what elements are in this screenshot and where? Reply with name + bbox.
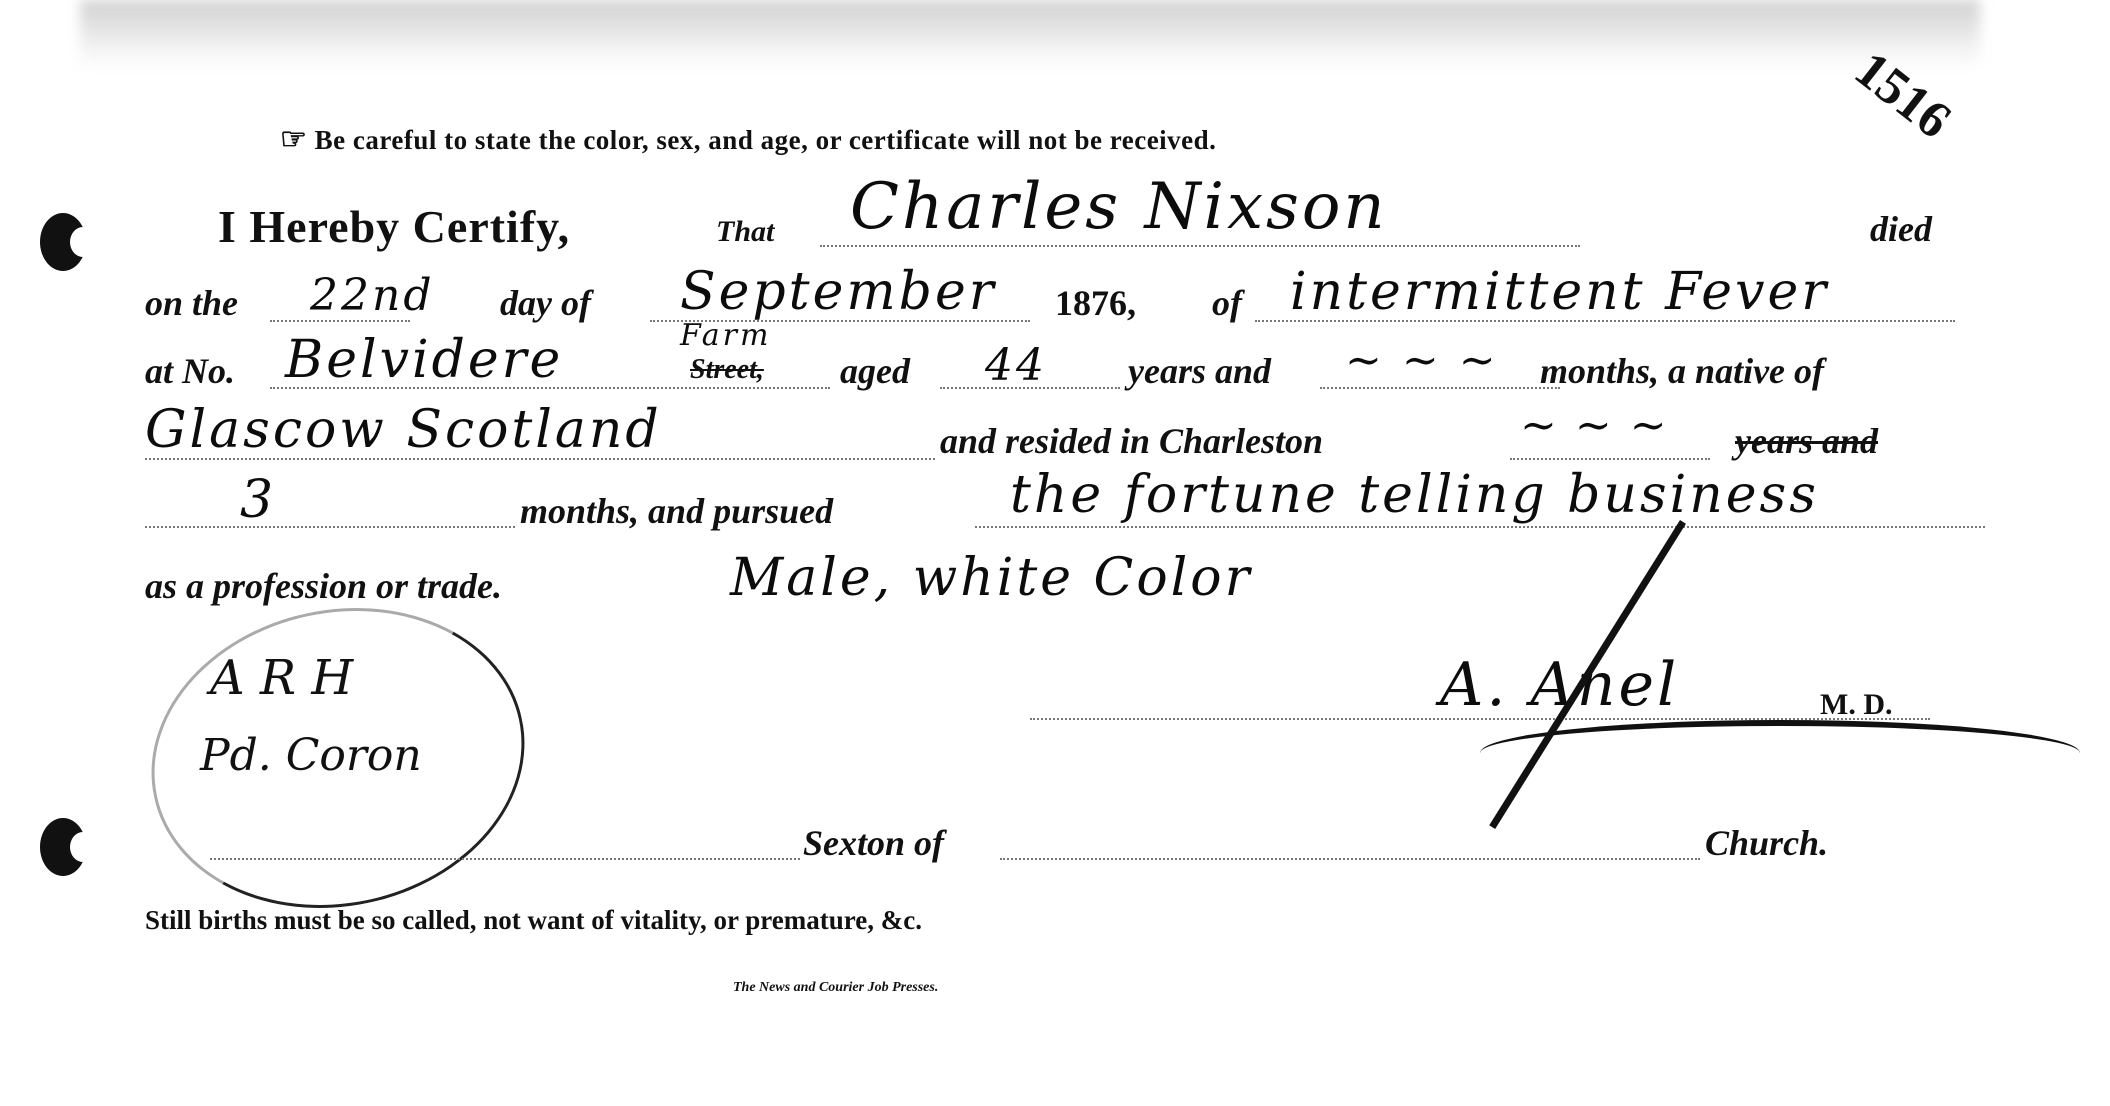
stamp-initials: A R H (210, 650, 353, 706)
field-line-residence-years (1510, 458, 1710, 460)
death-year: 1876, (1055, 282, 1136, 324)
field-line-sexton-name (210, 858, 800, 860)
label-day-of: day of (500, 282, 591, 324)
pointing-hand-icon: ☞ (280, 123, 307, 156)
label-at-no: at No. (145, 350, 235, 392)
notice: ☞ Be careful to state the color, sex, an… (280, 122, 1216, 157)
label-died: died (1870, 208, 1932, 250)
cause-of-death: intermittent Fever (1290, 262, 1829, 322)
residence-months: 3 (240, 470, 276, 530)
notice-text: Be careful to state the color, sex, and … (315, 125, 1217, 155)
field-line-name (820, 245, 1580, 247)
death-day: 22nd (310, 270, 435, 321)
punch-hole-top (40, 213, 86, 271)
occupation: the fortune telling business (1010, 465, 1819, 525)
label-years-and: years and (1128, 350, 1271, 392)
footer-note: Still births must be so called, not want… (145, 905, 922, 936)
stamp-title: Pd. Coron (200, 730, 422, 781)
label-church: Church. (1705, 822, 1828, 864)
physician-signature: A. Anel (1440, 650, 1679, 720)
punch-hole-bottom (40, 818, 86, 876)
printer-credit: The News and Courier Job Presses. (733, 980, 938, 996)
label-on-the: on the (145, 282, 238, 324)
residence-years: ~~~ (1520, 400, 1685, 451)
label-months-native: months, a native of (1540, 350, 1824, 392)
field-line-occupation (975, 526, 1985, 528)
death-month: September (680, 262, 997, 322)
address: Belvidere (285, 330, 563, 390)
paper-smudge (80, 0, 1980, 70)
sex-color: Male, white Color (730, 548, 1252, 608)
label-resided: and resided in Charleston (940, 420, 1323, 462)
age-years: 44 (985, 340, 1047, 391)
address-correction: Farm (680, 318, 771, 353)
label-that: That (716, 215, 774, 249)
signature-flourish (1480, 720, 2080, 786)
label-of: of (1212, 282, 1242, 324)
label-sexton-of: Sexton of (803, 822, 944, 864)
field-line-age-months (1320, 387, 1560, 389)
street-struck: Street, (690, 354, 764, 386)
field-line-church (1000, 858, 1700, 860)
field-line-residence-months (145, 526, 515, 528)
certify-heading: I Hereby Certify, (218, 200, 570, 253)
deceased-name: Charles Nixson (850, 170, 1388, 244)
age-months: ~~~ (1345, 335, 1516, 386)
label-profession: as a profession or trade. (145, 565, 502, 607)
label-months-pursued: months, and pursued (520, 490, 833, 532)
physician-suffix: M. D. (1820, 688, 1892, 722)
birthplace: Glascow Scotland (145, 400, 662, 460)
years-and-struck: years and (1735, 420, 1878, 462)
label-aged: aged (840, 350, 910, 392)
